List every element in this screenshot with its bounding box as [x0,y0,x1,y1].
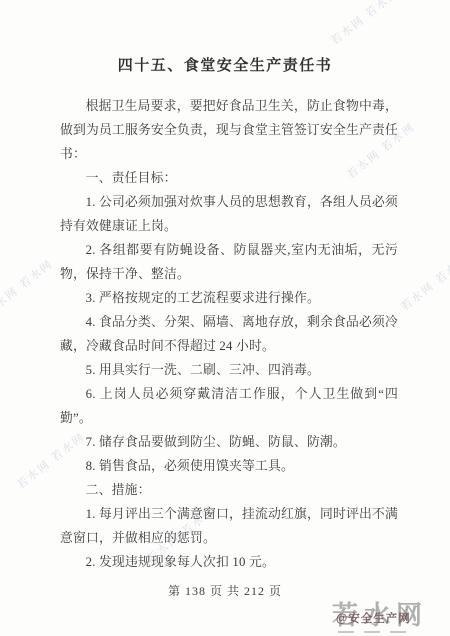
site-logo-text: 若水网 [332,595,428,632]
section-2-item: 2. 发现违规现象每人次扣 10 元。 [60,550,398,574]
diagonal-watermark: 若水网 若水网 [0,256,56,320]
site-logo-overlay: @安全生产网 [336,610,411,626]
intro-paragraph: 根据卫生局要求，要把好食品卫生关，防止食物中毒，做到为员工服务安全负责，现与食堂… [60,94,398,166]
section-1-item: 7. 储存食品要做到防尘、防蝇、防鼠、防潮。 [60,430,398,454]
section-2-heading: 二、措施： [60,478,398,502]
document-body: 根据卫生局要求，要把好食品卫生关，防止食物中毒，做到为员工服务安全负责，现与食堂… [60,94,398,574]
site-watermark-logo: 若水网 @安全生产网 [332,599,448,631]
page-number: 第 138 页 共 212 页 [0,582,450,599]
section-1-item: 4. 食品分类、分架、隔墙、离地存放，剩余食品必须冷藏，冷藏食品时间不得超过 2… [60,310,398,358]
site-logo-underline-marks [338,631,406,633]
document-page: 若水网 若水网 若水网 若水网 若水网 若水网 若水网 若水网 若水网 若水网 … [0,0,450,636]
section-2-item: 1. 每月评出三个满意窗口，挂流动红旗，同时评出不满意窗口，并做相应的惩罚。 [60,502,398,550]
section-1-item: 3. 严格按规定的工艺流程要求进行操作。 [60,286,398,310]
diagonal-watermark: 若水网 若水网 [327,0,402,48]
section-1-item: 1. 公司必须加强对炊事人员的思想教育，各组人员必须持有效健康证上岗。 [60,190,398,238]
section-1-item: 5. 用具实行一洗、二刷、三冲、四消毒。 [60,358,398,382]
section-1-item: 2. 各组都要有防蝇设备、防鼠器夹,室内无油垢，无污物，保持干净、整洁。 [60,238,398,286]
section-1-heading: 一、责任目标： [60,166,398,190]
diagonal-watermark: 若水网 若水网 [397,251,450,315]
section-1-item: 8. 销售食品，必须使用馍夹等工具。 [60,454,398,478]
document-title: 四十五、食堂安全生产责任书 [0,54,450,75]
section-1-item: 6. 上岗人员必须穿戴清洁工作服，个人卫生做到“四勤”。 [60,382,398,430]
